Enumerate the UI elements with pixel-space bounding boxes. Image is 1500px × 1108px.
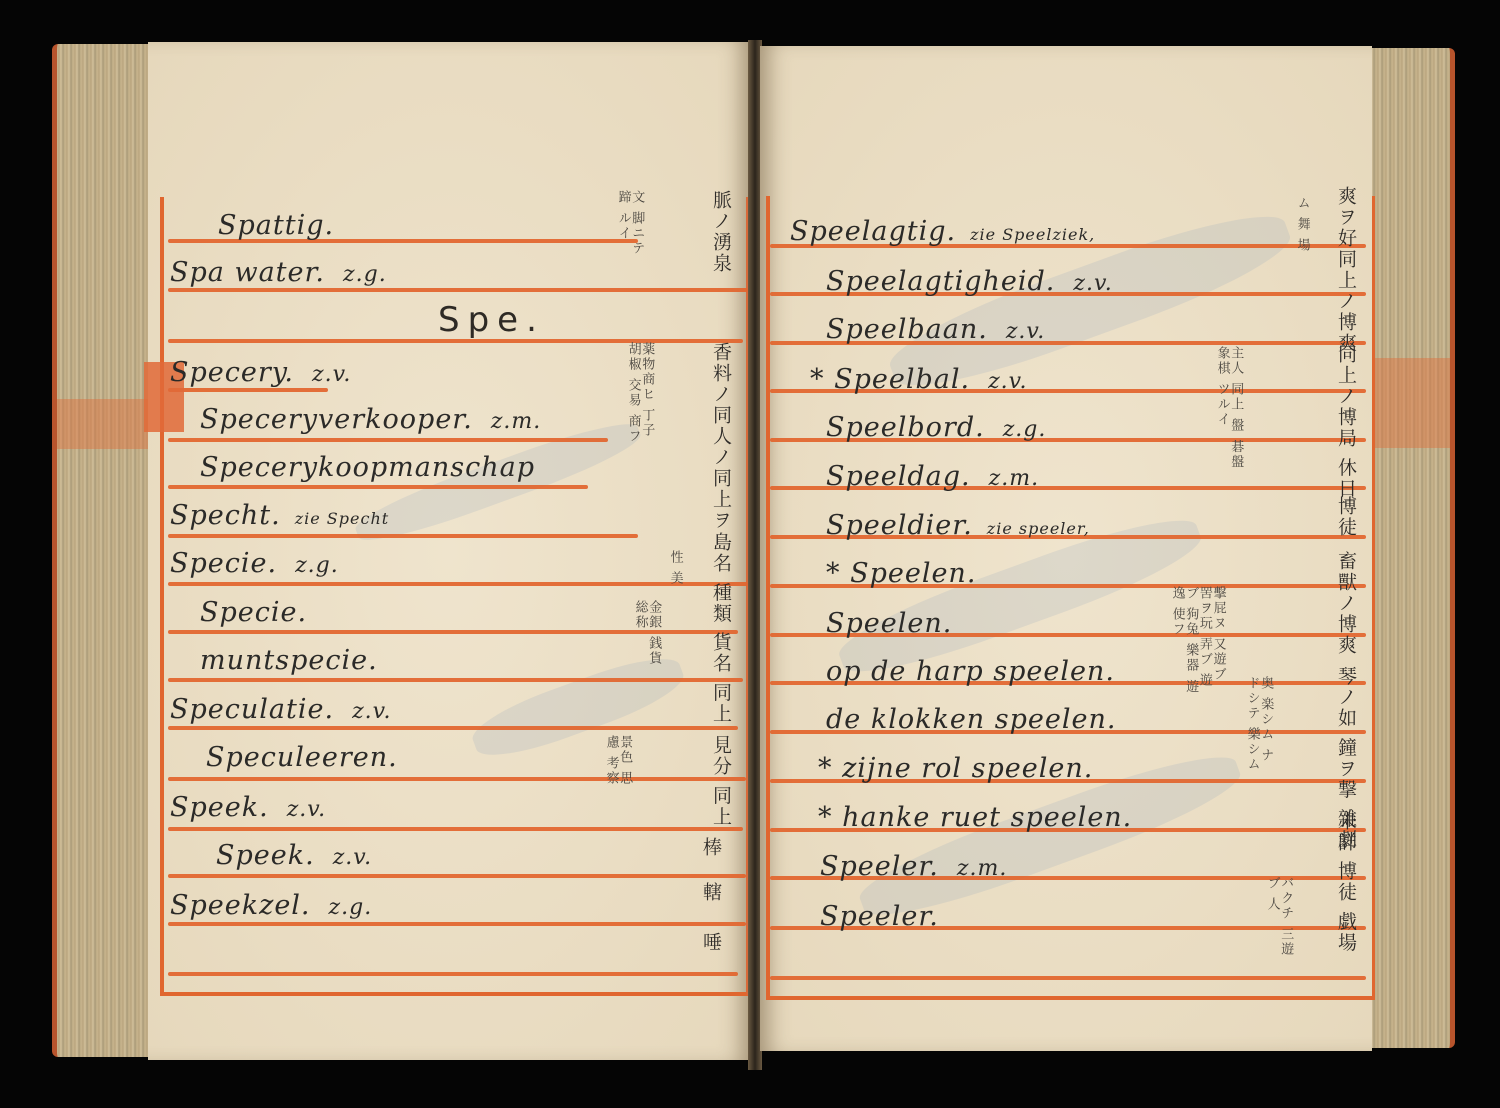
entry: Speelagtig.zie Speelziek, <box>790 216 1095 247</box>
left-page: Spe. Spattig. Spa water.z.g. Specery.z.v… <box>148 42 750 1060</box>
entry: Speelbaan.z.v. <box>826 314 1045 345</box>
japanese-gloss: 見分 同上 <box>710 735 730 827</box>
entry: Specery.z.v. <box>170 357 351 388</box>
entry: Speculeeren. <box>206 742 398 773</box>
entry: Speeler. <box>820 901 939 932</box>
japanese-gloss-sub: 擊屁ヌ 又遊ブ 罟ヲ玩 弄ブ 遊ブ 狗兔 樂器 遊逸 使フ <box>1170 586 1225 696</box>
entry: Speciе.z.g. <box>170 548 339 579</box>
japanese-gloss-sub: 奥 楽シム ナドシテ 樂シム <box>1245 676 1272 776</box>
entry: Spa water.z.g. <box>170 257 387 288</box>
japanese-gloss: 脈ノ湧泉 <box>710 190 730 274</box>
left-page-edges <box>52 44 155 1057</box>
japanese-gloss: 轄 <box>700 882 720 903</box>
entry: Speeldier.zie speeler, <box>826 510 1090 541</box>
entry: Speeler.z.m. <box>820 851 1007 882</box>
entry: Speek.z.v. <box>170 792 326 823</box>
entry: de klokken speelen. <box>826 704 1116 735</box>
entry: op de harp speelen. <box>826 656 1115 687</box>
entry: * hanke ruet speelen. <box>818 802 1132 833</box>
entry: Speelagtigheid.z.v. <box>826 266 1113 297</box>
entry: Speekzel.z.g. <box>170 890 372 921</box>
entry: Specht.zie Specht <box>170 500 389 531</box>
japanese-gloss-sub: 性 美 <box>668 550 682 586</box>
entry: Specerykoopmanschap <box>200 452 535 483</box>
entry: Speceryverkooper.z.m. <box>200 404 541 435</box>
japanese-gloss-sub: 金銀 銭貨 総称 <box>633 600 660 670</box>
japanese-gloss: 唾 <box>700 932 720 953</box>
entry: Speek.z.v. <box>216 840 372 871</box>
japanese-gloss-sub: ム 舞 場 <box>1295 196 1309 296</box>
right-page: Speelagtig.zie Speelziek, Speelagtigheid… <box>760 46 1372 1051</box>
entry: * Speelen. <box>826 558 976 589</box>
entry: * Speelbal.z.v. <box>810 364 1027 395</box>
japanese-gloss: 爽ヲ好同上ノ博爽 <box>1335 186 1355 354</box>
entry: Speeldag.z.m. <box>826 461 1039 492</box>
section-heading: Spe. <box>438 300 545 340</box>
japanese-gloss: 貨名 同上 <box>710 632 730 724</box>
japanese-gloss: 島名 種類 <box>710 532 730 624</box>
entry: * zijne rol speelen. <box>818 753 1093 784</box>
japanese-gloss-sub: 主人 同上 盤 碁盤 象棋 ツルイ <box>1215 346 1242 486</box>
japanese-gloss-sub: バクチ 三遊ブ 人 <box>1265 876 1292 966</box>
japanese-gloss-sub: 薬物商ヒ 丁子胡椒 交易 商フ <box>626 342 653 452</box>
japanese-gloss: 香料ノ同人ノ同上ヲ <box>710 342 730 531</box>
japanese-gloss: 棒 <box>700 837 720 858</box>
entry: Speelbord.z.g. <box>826 412 1046 443</box>
japanese-gloss-sub: 文 脚ニテ 蹄 ルイ <box>616 190 643 270</box>
japanese-gloss-sub: 景色 思慮 考察 <box>604 735 631 795</box>
japanese-gloss: 畜獸ノ博爽 <box>1335 551 1355 656</box>
japanese-gloss: 博徒 <box>1335 496 1355 538</box>
entry: Speculatie.z.v. <box>170 694 391 725</box>
entry: muntspecie. <box>200 645 378 676</box>
right-page-edges <box>1368 48 1455 1048</box>
entry: Spattig. <box>218 210 334 241</box>
entry: Speelen. <box>826 608 952 639</box>
japanese-gloss: 未詳 <box>1335 811 1355 853</box>
entry: Specie. <box>200 597 307 628</box>
japanese-gloss: 同上ノ博局 休日 <box>1335 344 1355 499</box>
open-book: Spe. Spattig. Spa water.z.g. Specery.z.v… <box>0 0 1500 1108</box>
japanese-gloss: 博徒 戯場 <box>1335 861 1355 953</box>
